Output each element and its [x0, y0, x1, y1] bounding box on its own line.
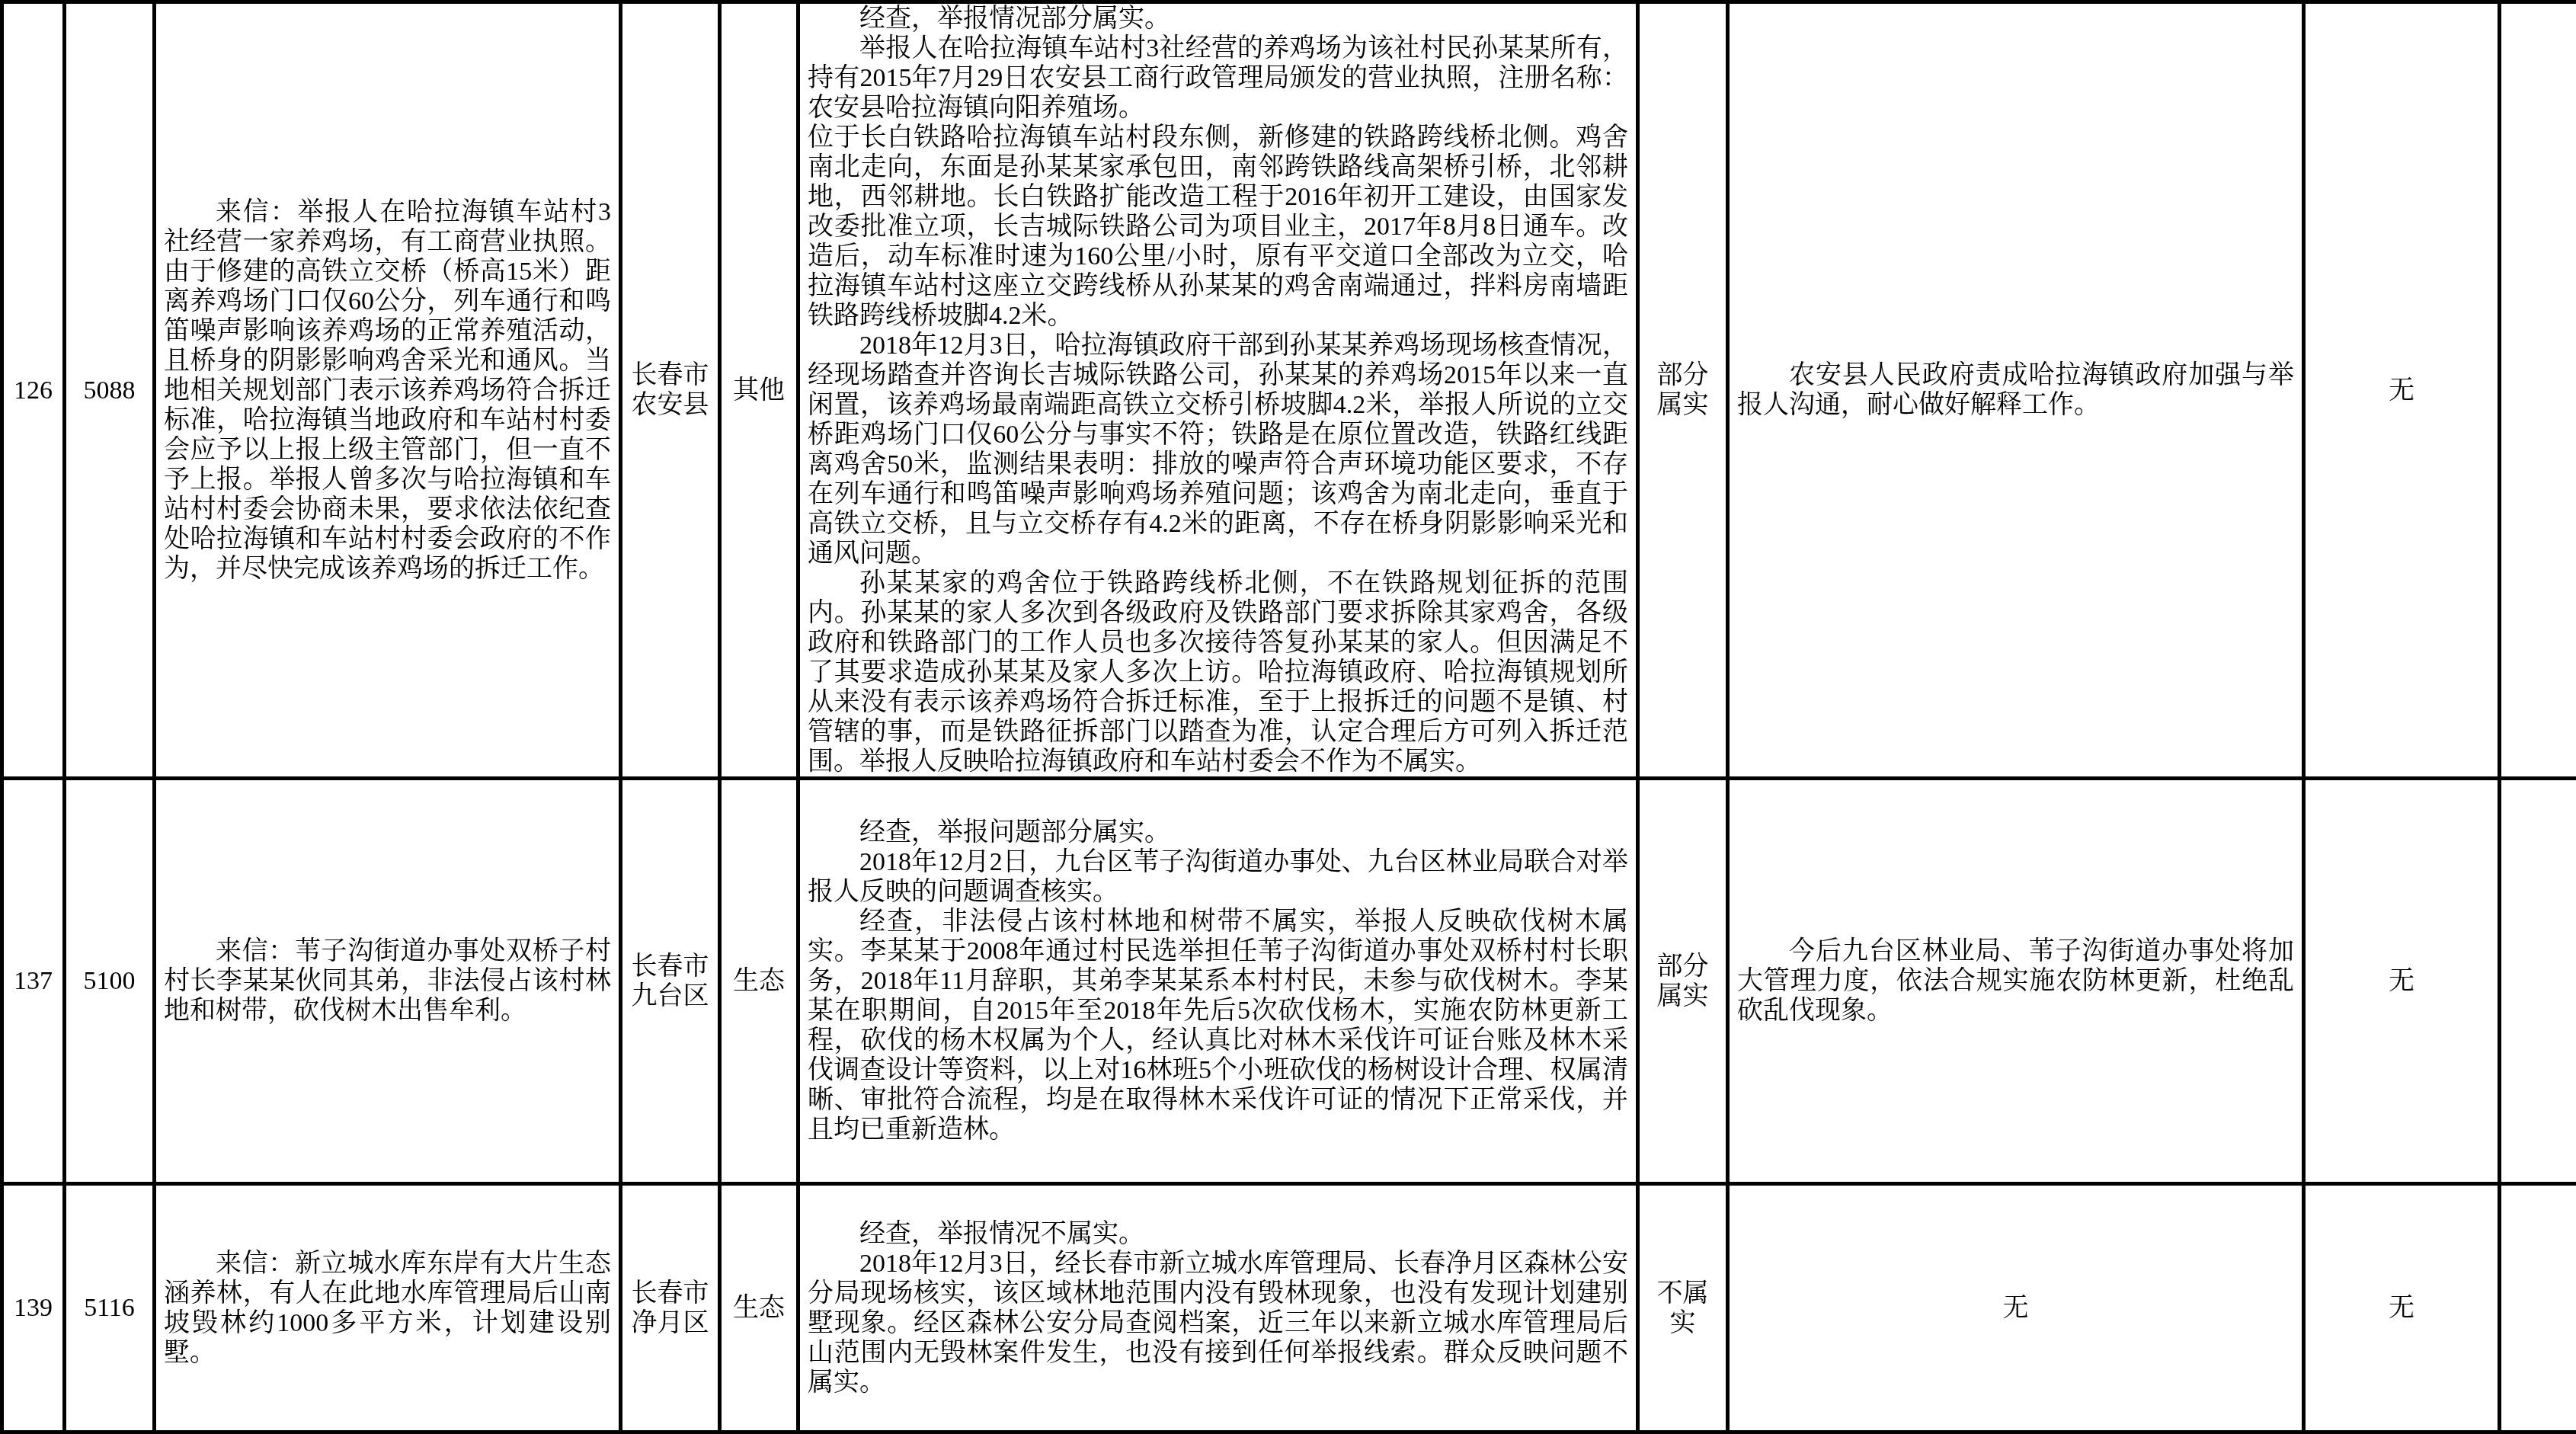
accountability-cell: 无 [2304, 1184, 2500, 1432]
category-cell: 生态 [720, 1184, 798, 1432]
table-row: 137 5100 来信：苇子沟街道办事处双桥子村村长李某某伙同其弟，非法侵占该村… [2, 779, 2576, 1184]
investigation-paragraph: 位于长白铁路哈拉海镇车站村段东侧，新修建的铁路跨线桥北侧。鸡舍南北走向，东面是孙… [808, 123, 1628, 331]
verdict-cell: 部分属实 [1638, 2, 1728, 779]
complaint-cell: 来信：新立城水库东岸有大片生态涵养林，有人在此地水库管理局后山南坡毁林约1000… [155, 1184, 621, 1432]
trailing-cell [2500, 779, 2576, 1184]
handling-text: 今后九台区林业局、苇子沟街道办事处将加大管理力度，依法合规实施农防林更新，杜绝乱… [1737, 936, 2294, 1026]
investigation-paragraph: 孙某某家的鸡舍位于铁路跨线桥北侧，不在铁路规划征拆的范围内。孙某某的家人多次到各… [808, 568, 1628, 776]
trailing-cell [2500, 2, 2576, 779]
complaint-text: 来信：举报人在哈拉海镇车站村3社经营一家养鸡场，有工商营业执照。由于修建的高铁立… [164, 197, 611, 584]
complaint-cell: 来信：举报人在哈拉海镇车站村3社经营一家养鸡场，有工商营业执照。由于修建的高铁立… [155, 2, 621, 779]
category-cell: 生态 [720, 779, 798, 1184]
accountability-cell: 无 [2304, 2, 2500, 779]
seq-cell: 126 [2, 2, 65, 779]
region-cell: 长春市农安县 [621, 2, 720, 779]
investigation-cell: 经查，举报情况部分属实。 举报人在哈拉海镇车站村3社经营的养鸡场为该社村民孙某某… [798, 2, 1638, 779]
case-no-cell: 5088 [65, 2, 155, 779]
investigation-paragraph: 经查，举报情况不属实。 [808, 1219, 1628, 1249]
verdict-cell: 部分属实 [1638, 779, 1728, 1184]
investigation-paragraph: 经查，非法侵占该村林地和树带不属实，举报人反映砍伐树木属实。李某某于2008年通… [808, 907, 1628, 1144]
handling-cell: 农安县人民政府责成哈拉海镇政府加强与举报人沟通，耐心做好解释工作。 [1728, 2, 2304, 779]
seq-cell: 137 [2, 779, 65, 1184]
accountability-cell: 无 [2304, 779, 2500, 1184]
handling-cell: 今后九台区林业局、苇子沟街道办事处将加大管理力度，依法合规实施农防林更新，杜绝乱… [1728, 779, 2304, 1184]
investigation-paragraph: 2018年12月3日，哈拉海镇政府干部到孙某某养鸡场现场核查情况，经现场踏查并咨… [808, 331, 1628, 568]
investigation-paragraph: 2018年12月3日，经长春市新立城水库管理局、长春净月区森林公安分局现场核实，… [808, 1249, 1628, 1397]
complaint-cell: 来信：苇子沟街道办事处双桥子村村长李某某伙同其弟，非法侵占该村林地和树带，砍伐树… [155, 779, 621, 1184]
complaint-text: 来信：苇子沟街道办事处双桥子村村长李某某伙同其弟，非法侵占该村林地和树带，砍伐树… [164, 936, 611, 1026]
table-row: 139 5116 来信：新立城水库东岸有大片生态涵养林，有人在此地水库管理局后山… [2, 1184, 2576, 1432]
petition-table: 126 5088 来信：举报人在哈拉海镇车站村3社经营一家养鸡场，有工商营业执照… [0, 0, 2576, 1434]
investigation-cell: 经查，举报情况不属实。 2018年12月3日，经长春市新立城水库管理局、长春净月… [798, 1184, 1638, 1432]
category-cell: 其他 [720, 2, 798, 779]
trailing-cell [2500, 1184, 2576, 1432]
investigation-paragraph: 经查，举报情况部分属实。 [808, 4, 1628, 34]
verdict-cell: 不属实 [1638, 1184, 1728, 1432]
complaint-text: 来信：新立城水库东岸有大片生态涵养林，有人在此地水库管理局后山南坡毁林约1000… [164, 1249, 611, 1368]
investigation-paragraph: 举报人在哈拉海镇车站村3社经营的养鸡场为该社村民孙某某所有，持有2015年7月2… [808, 34, 1628, 123]
region-cell: 长春市净月区 [621, 1184, 720, 1432]
investigation-paragraph: 经查，举报问题部分属实。 [808, 818, 1628, 847]
seq-cell: 139 [2, 1184, 65, 1432]
investigation-cell: 经查，举报问题部分属实。 2018年12月2日，九台区苇子沟街道办事处、九台区林… [798, 779, 1638, 1184]
case-no-cell: 5100 [65, 779, 155, 1184]
handling-cell: 无 [1728, 1184, 2304, 1432]
investigation-paragraph: 2018年12月2日，九台区苇子沟街道办事处、九台区林业局联合对举报人反映的问题… [808, 847, 1628, 907]
petition-ledger-page: 126 5088 来信：举报人在哈拉海镇车站村3社经营一家养鸡场，有工商营业执照… [0, 0, 2576, 1412]
region-cell: 长春市九台区 [621, 779, 720, 1184]
handling-text: 农安县人民政府责成哈拉海镇政府加强与举报人沟通，耐心做好解释工作。 [1737, 360, 2294, 420]
table-row: 126 5088 来信：举报人在哈拉海镇车站村3社经营一家养鸡场，有工商营业执照… [2, 2, 2576, 779]
case-no-cell: 5116 [65, 1184, 155, 1432]
